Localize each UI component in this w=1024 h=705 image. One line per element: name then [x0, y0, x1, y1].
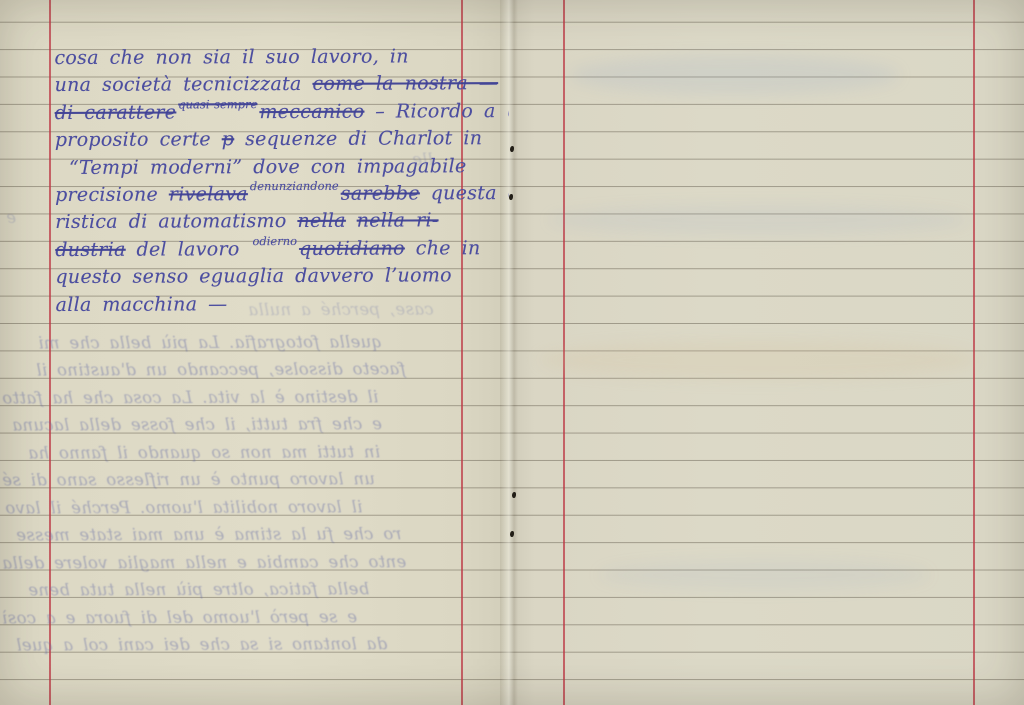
handwriting-block: cosa che non sia il suo lavoro, inuna so…	[54, 43, 515, 319]
hw-strikethrough: sarebbe	[341, 182, 420, 204]
margin-line-right-inner	[563, 0, 565, 705]
hw-strikethrough: quotidiano	[299, 237, 405, 259]
hw-text: alla macchina —	[55, 293, 227, 316]
bleedthrough-line: e che fra tutti, il che fosse della lacu…	[12, 414, 382, 434]
hw-strikethrough: come la nostra —	[312, 72, 498, 95]
hw-strikethrough: nella ri-	[357, 210, 439, 232]
hw-strikethrough: di carattere	[55, 101, 177, 124]
bleed-smudge	[599, 560, 929, 590]
handwriting-line: di caratterequasi sempremeccanico – Rico…	[55, 98, 515, 127]
notebook-scan: case, perché a nullalleequella fotografi…	[0, 0, 1024, 705]
hw-insertion-struck: quasi sempre	[178, 91, 257, 119]
hw-text: cosa che non sia il suo lavoro, in	[54, 45, 408, 69]
margin-line-left-outer	[49, 0, 51, 705]
bleedthrough-line: il destino è la vita. La cosa che ha fat…	[2, 387, 378, 407]
hw-text: che in	[405, 237, 481, 259]
ruled-lines-right	[509, 0, 1024, 705]
handwriting-line: alla macchina —	[55, 290, 515, 319]
hw-strikethrough: nella	[297, 210, 346, 232]
hw-text: questo senso eguaglia davvero l’uomo	[55, 264, 452, 288]
handwriting-line: proposito certe p sequenze di Charlot in	[55, 125, 515, 154]
bleedthrough-fragment: e	[6, 208, 16, 227]
bleed-smudge	[569, 55, 899, 95]
handwriting-line: precisione rivelavadenunziandonesarebbe …	[55, 180, 515, 209]
hw-strikethrough: meccanico	[259, 100, 364, 122]
hw-strikethrough: p	[222, 128, 235, 150]
hw-strikethrough: rivelava	[169, 183, 248, 205]
bleedthrough-line: da lontano si sa che dei cani col a quel	[16, 634, 387, 654]
bleedthrough-line: quella fotografia. La più bella che mi	[38, 332, 382, 352]
hw-strikethrough: dustria	[55, 238, 125, 260]
hw-insertion: denunziandone	[250, 173, 339, 201]
bleedthrough-line: ento che cambia e nella maglia volere de…	[2, 552, 406, 572]
bleedthrough-line: un lavoro punto è un riflesso sano di sé	[2, 469, 375, 489]
handwriting-line: cosa che non sia il suo lavoro, in	[54, 43, 514, 72]
right-page	[509, 0, 1024, 705]
paper-stain	[539, 340, 979, 380]
bleedthrough-line: e se però l'uomo del di fuora e a così	[2, 607, 357, 627]
handwriting-line: dustria del lavoro odiernoquotidiano che…	[55, 235, 515, 264]
hw-text: precisione	[55, 183, 169, 205]
bleedthrough-line: ro che fu la stima è una mai state messe	[16, 524, 401, 544]
bleed-smudge	[549, 205, 969, 235]
hw-text: del lavoro	[126, 238, 251, 261]
hw-text	[346, 210, 357, 232]
hw-text: sequenze di Charlot in	[234, 127, 482, 150]
hw-insertion: odierno	[252, 228, 297, 256]
left-page: case, perché a nullalleequella fotografi…	[0, 0, 509, 705]
bleedthrough-line: faceto dissolse, peccando un d'austino i…	[36, 359, 406, 379]
bleedthrough-line: in tutti ma non so quando il fanno ha	[28, 442, 380, 462]
margin-line-right-outer	[973, 0, 975, 705]
hw-text: proposito certe	[55, 128, 222, 151]
bleedthrough-line: il lavoro nobilita l'uomo. Perché il lav…	[5, 497, 362, 517]
handwriting-line: questo senso eguaglia davvero l’uomo	[55, 262, 515, 291]
handwriting-line: una società tecnicizzata come la nostra …	[55, 70, 515, 99]
bleedthrough-line: bella fatica, oltre più nella tuta bene	[28, 579, 369, 599]
